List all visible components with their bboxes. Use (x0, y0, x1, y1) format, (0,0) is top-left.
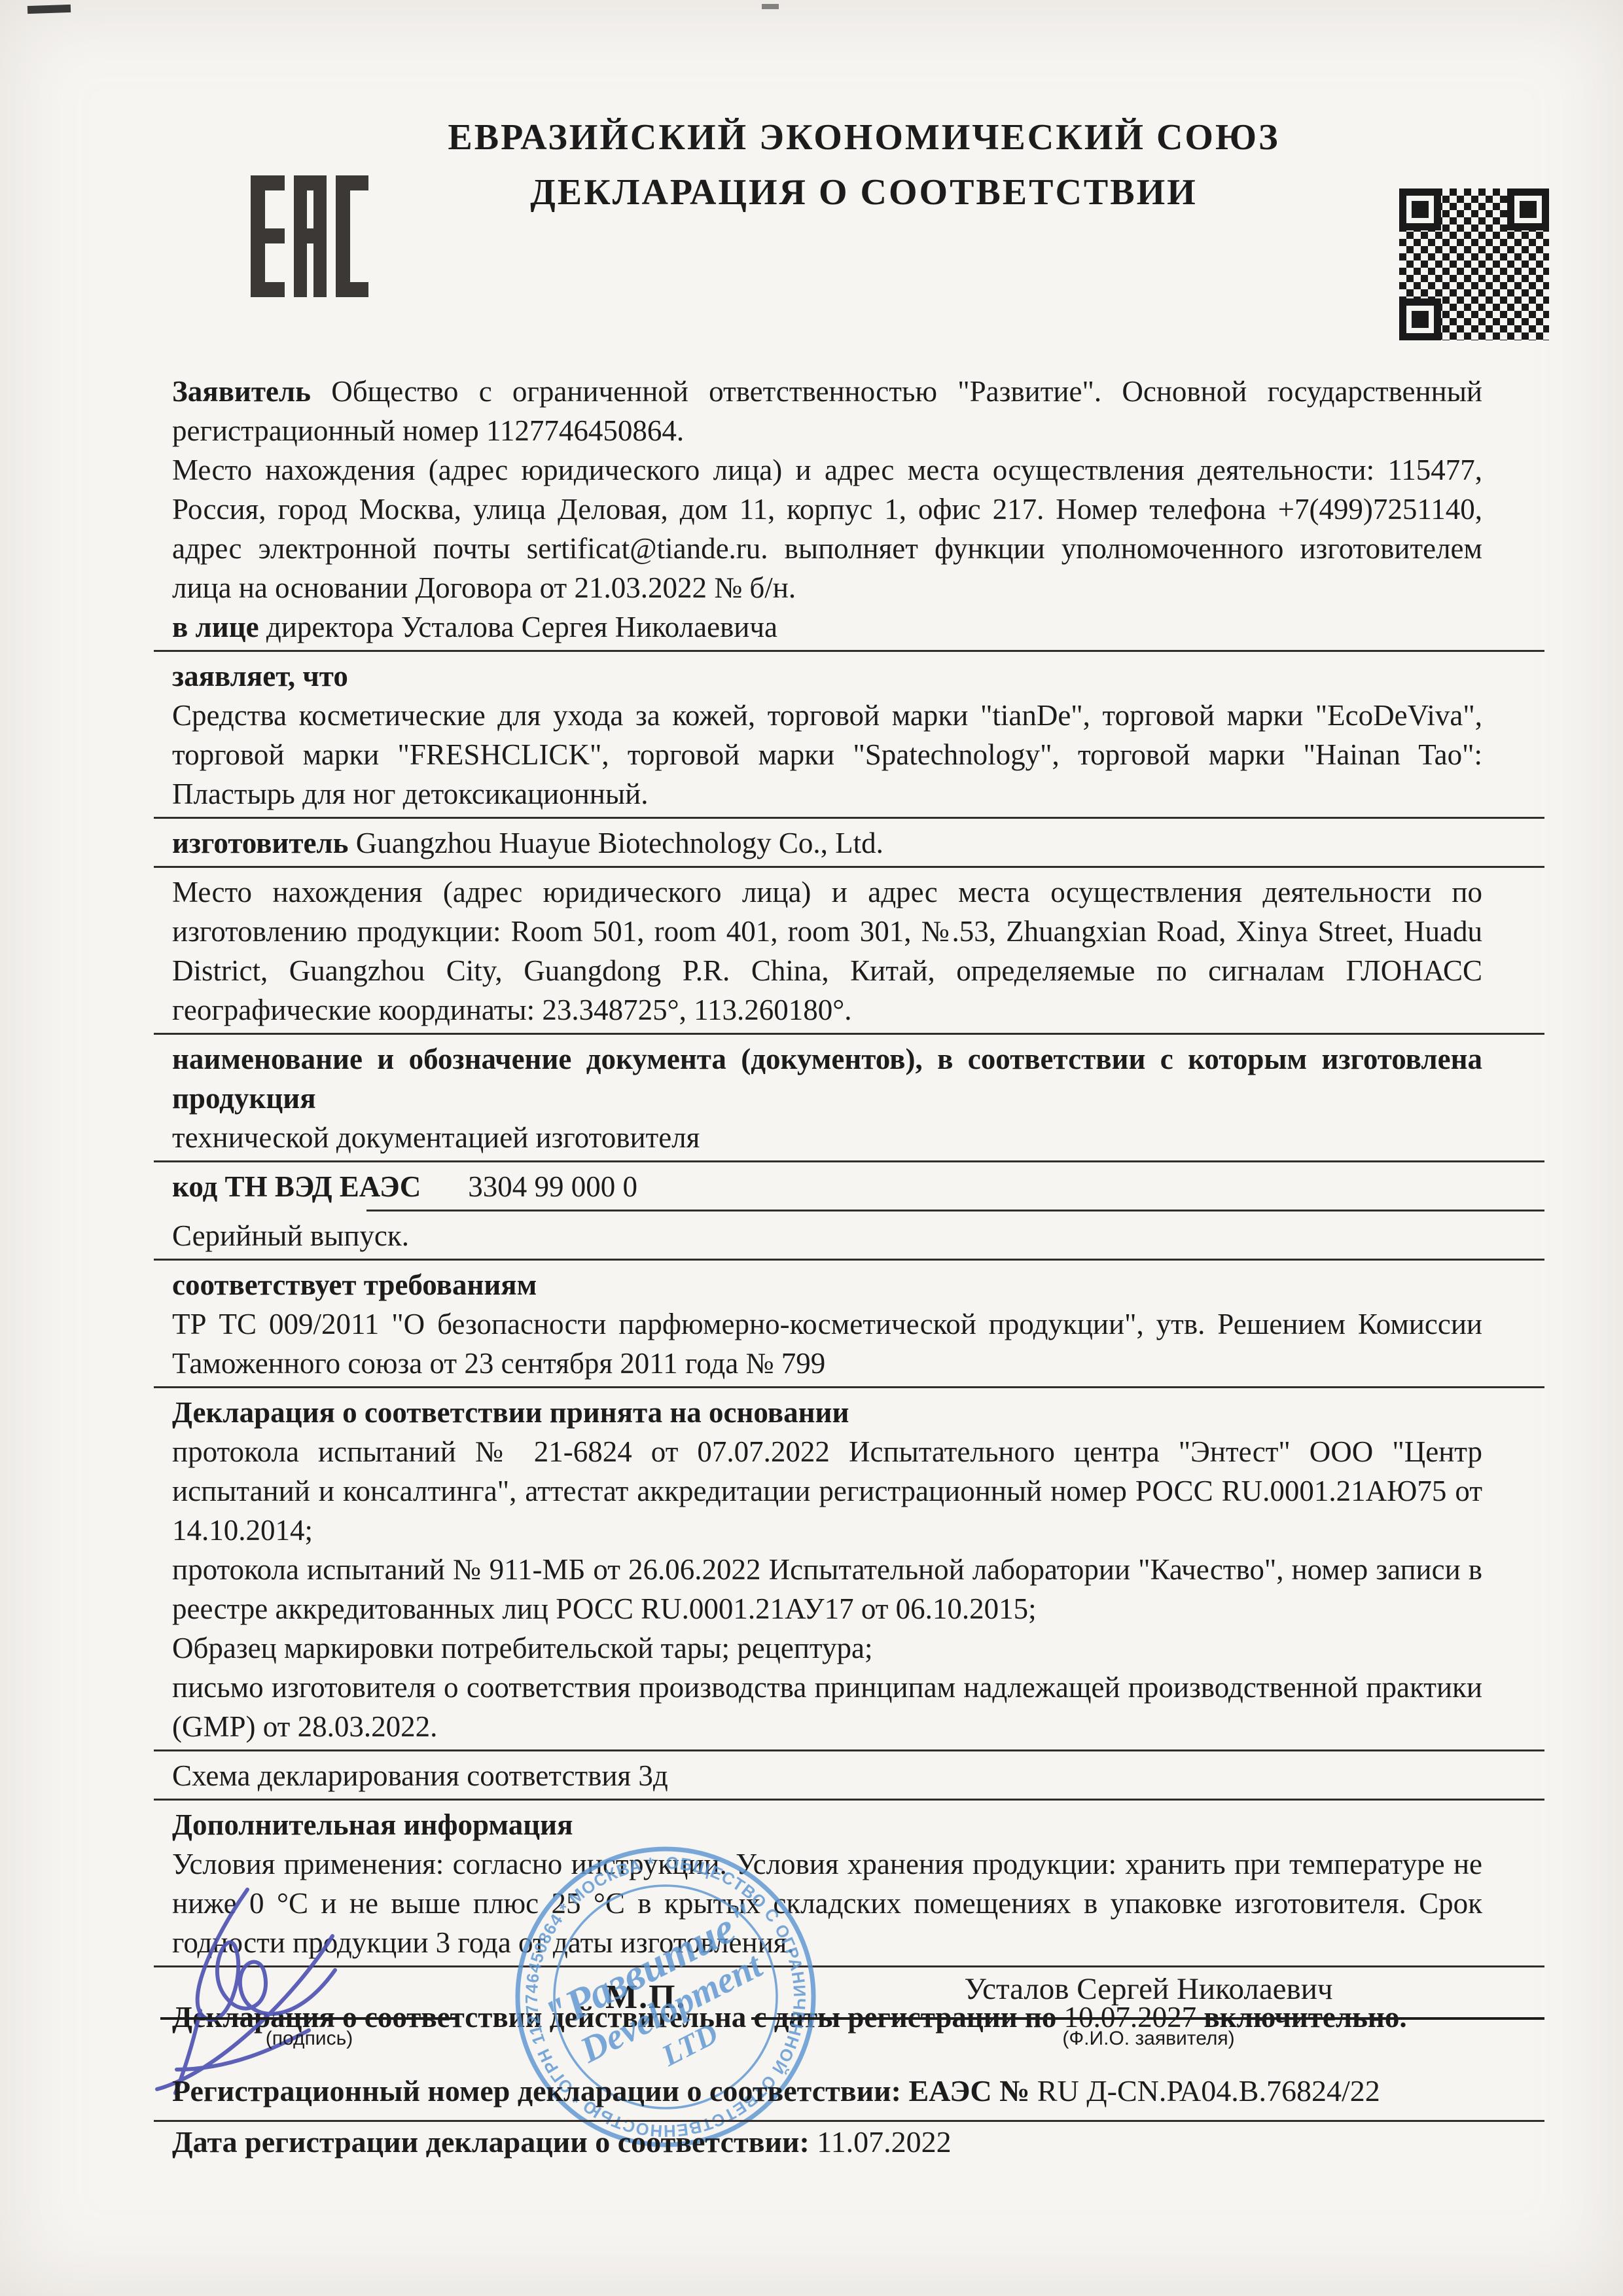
declaration-document: ЕВРАЗИЙСКИЙ ЭКОНОМИЧЕСКИЙ СОЮЗ ДЕКЛАРАЦИ… (0, 0, 1623, 2296)
document-title: ЕВРАЗИЙСКИЙ ЭКОНОМИЧЕСКИЙ СОЮЗ ДЕКЛАРАЦИ… (353, 110, 1374, 220)
in-person-label: в лице (172, 611, 259, 643)
paragraph-applicant: Заявитель Общество с ограниченной ответс… (154, 372, 1544, 450)
qr-finder-icon (1399, 188, 1441, 230)
declares-heading: заявляет, что (154, 656, 1544, 696)
paragraph-tnved-code: код ТН ВЭД ЕАЭС3304 99 000 0 (154, 1167, 1544, 1206)
name-caption: (Ф.И.О. заявителя) (753, 2028, 1544, 2050)
basis-heading: Декларация о соответствии принята на осн… (154, 1393, 1544, 1432)
paragraph-in-person: в лице директора Усталова Сергея Николае… (154, 607, 1544, 647)
paragraph-product: Средства косметические для ухода за коже… (154, 696, 1544, 814)
title-union: ЕВРАЗИЙСКИЙ ЭКОНОМИЧЕСКИЙ СОЮЗ (353, 110, 1374, 165)
tnved-value: 3304 99 000 0 (468, 1170, 637, 1203)
section-divider (366, 1210, 1544, 1211)
registration-date-line: Дата регистрации декларации о соответств… (172, 2125, 1488, 2159)
qr-finder-icon (1399, 298, 1441, 340)
scan-artifact (762, 4, 779, 9)
basis-item: протокола испытаний № 911-МБ от 26.06.20… (154, 1550, 1544, 1628)
registration-number-value: RU Д-CN.РА04.В.76824/22 (1037, 2074, 1380, 2108)
scan-artifact (27, 5, 71, 14)
qr-code (1399, 188, 1549, 340)
tnved-label: код ТН ВЭД ЕАЭС (172, 1170, 421, 1203)
section-divider (154, 866, 1544, 868)
handwritten-signature (137, 1873, 478, 2099)
registration-number-line: Регистрационный номер декларации о соотв… (172, 2073, 1488, 2108)
basis-item: письмо изготовителя о соответствия произ… (154, 1668, 1544, 1746)
section-divider (154, 1799, 1544, 1801)
title-declaration: ДЕКЛАРАЦИЯ О СООТВЕТСТВИИ (353, 165, 1374, 220)
paragraph-applicant-location: Место нахождения (адрес юридического лиц… (154, 450, 1544, 607)
registration-date-value: 11.07.2022 (817, 2125, 951, 2159)
manufacturer-label: изготовитель (172, 827, 348, 859)
section-divider (154, 1386, 1544, 1388)
eac-mark-icon (251, 175, 368, 300)
docs-text: технической документацией изготовителя (154, 1118, 1544, 1157)
applicant-name: Усталов Сергей Николаевич (753, 1971, 1544, 2007)
signature-line (160, 2017, 458, 2020)
paragraph-manufacturer: изготовитель Guangzhou Huayue Biotechnol… (154, 823, 1544, 863)
basis-item: Образец маркировки потребительской тары;… (154, 1628, 1544, 1668)
docs-heading: наименование и обозначение документа (до… (154, 1039, 1544, 1118)
scheme-text: Схема декларирования соответствия 3д (154, 1756, 1544, 1795)
conformity-heading: соответствует требованиям (154, 1265, 1544, 1304)
section-divider (154, 817, 1544, 819)
section-divider (154, 1033, 1544, 1035)
section-divider (154, 2120, 1544, 2122)
document-body: Заявитель Общество с ограниченной ответс… (154, 372, 1544, 2037)
applicant-text: Общество с ограниченной ответственностью… (172, 375, 1482, 447)
applicant-label: Заявитель (172, 375, 311, 408)
qr-finder-icon (1507, 188, 1549, 230)
signature-caption: (подпись) (160, 2028, 458, 2050)
serial-text: Серийный выпуск. (154, 1216, 1544, 1255)
additional-heading: Дополнительная информация (154, 1805, 1544, 1844)
section-divider (154, 650, 1544, 652)
name-line (751, 2017, 1544, 2020)
section-divider (154, 1749, 1544, 1751)
paragraph-conformity: ТР ТС 009/2011 "О безопасности парфюмерн… (154, 1304, 1544, 1383)
section-divider (154, 1160, 1544, 1162)
basis-item: протокола испытаний № 21-6824 от 07.07.2… (154, 1432, 1544, 1550)
section-divider (154, 1259, 1544, 1261)
paragraph-manufacturer-location: Место нахождения (адрес юридического лиц… (154, 872, 1544, 1030)
